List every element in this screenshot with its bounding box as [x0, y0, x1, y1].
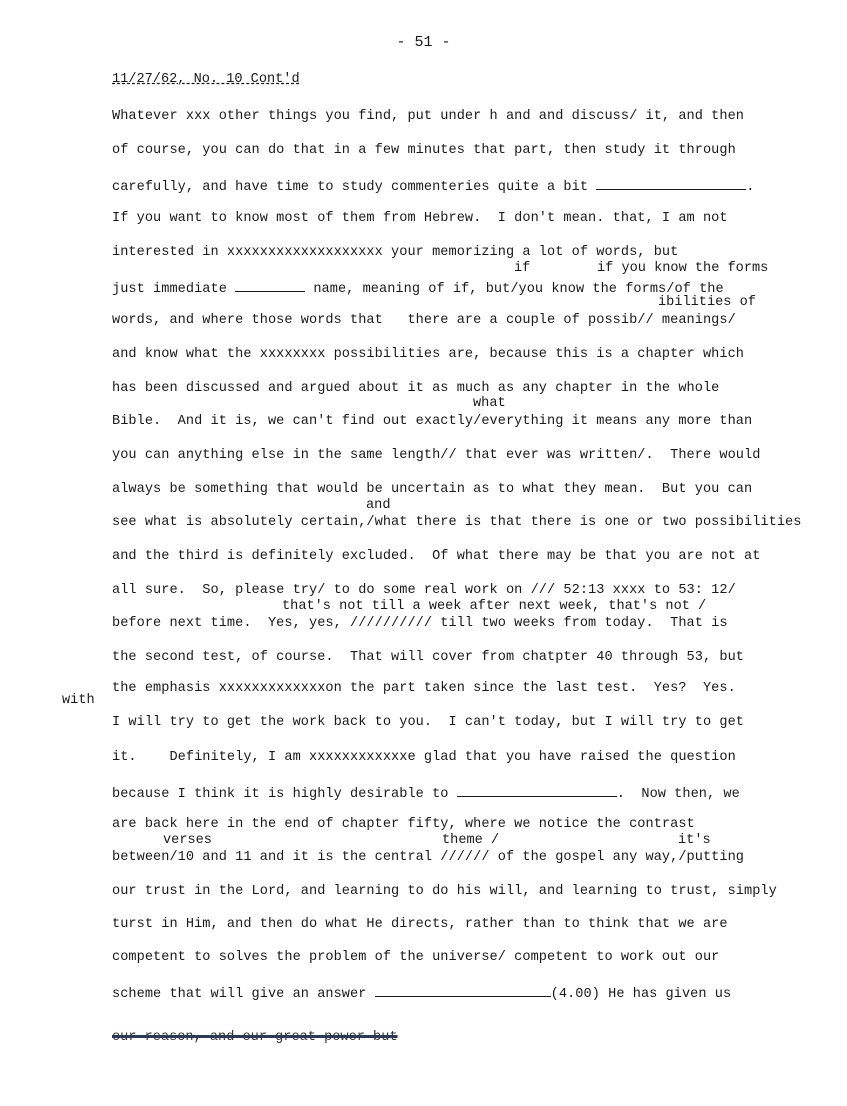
text-line: our trust in the Lord, and learning to d…	[112, 884, 777, 900]
text-line: carefully, and have time to study commen…	[112, 177, 754, 196]
text-line: and know what the xxxxxxxx possibilities…	[112, 347, 744, 363]
blank-fill-line	[375, 984, 551, 997]
blank-fill-line	[596, 177, 746, 190]
text-line: has been discussed and argued about it a…	[112, 381, 719, 397]
line-text: has been discussed and argued about it a…	[112, 381, 719, 396]
text-line: it. Definitely, I am xxxxxxxxxxxxe glad …	[112, 750, 736, 766]
line-text: because I think it is highly desirable t…	[112, 787, 449, 802]
line-text: interested in xxxxxxxxxxxxxxxxxxx your m…	[112, 245, 678, 260]
line-text: always be something that would be uncert…	[112, 482, 752, 497]
line-text: I will try to get the work back to you. …	[112, 715, 744, 730]
line-text: scheme that will give an answer	[112, 987, 366, 1002]
blank-fill-line	[235, 279, 305, 292]
document-page: - 51 - 11/27/62, No. 10 Cont'd with What…	[0, 0, 847, 1106]
line-text: carefully, and have time to study commen…	[112, 180, 588, 195]
text-line: and the third is definitely excluded. Of…	[112, 549, 760, 565]
text-line: of course, you can do that in a few minu…	[112, 143, 736, 159]
text-line: the emphasis xxxxxxxxxxxxxon the part ta…	[112, 681, 736, 697]
line-text: turst in Him, and then do what He direct…	[112, 917, 728, 932]
line-text-tail: (4.00) He has given us	[551, 987, 732, 1002]
text-line: before next time. Yes, yes, ////////// t…	[112, 616, 728, 632]
text-line: always be something that would be uncert…	[112, 482, 752, 498]
line-text: Whatever xxx other things you find, put …	[112, 109, 744, 124]
struck-out-line: our reason, and our great power but	[112, 1030, 398, 1045]
line-text: the emphasis xxxxxxxxxxxxxon the part ta…	[112, 681, 736, 696]
line-text: words, and where those words that there …	[112, 313, 736, 328]
margin-note: with	[62, 693, 95, 708]
text-line: just immediate name, meaning of if, but/…	[112, 279, 724, 298]
line-text: are back here in the end of chapter fift…	[112, 817, 695, 832]
line-text: between/10 and 11 and it is the central …	[112, 850, 744, 865]
text-line: because I think it is highly desirable t…	[112, 784, 740, 803]
line-text: If you want to know most of them from He…	[112, 211, 728, 226]
blank-fill-line	[457, 784, 617, 797]
line-text: all sure. So, please try/ to do some rea…	[112, 583, 736, 598]
text-line: are back here in the end of chapter fift…	[112, 817, 695, 833]
text-line: If you want to know most of them from He…	[112, 211, 728, 227]
line-text: see what is absolutely certain,/what the…	[112, 515, 801, 530]
text-line: all sure. So, please try/ to do some rea…	[112, 583, 736, 599]
line-text: it. Definitely, I am xxxxxxxxxxxxe glad …	[112, 750, 736, 765]
line-text-tail: .	[746, 180, 754, 195]
interlinear-insertion: and	[366, 498, 390, 514]
line-text: of course, you can do that in a few minu…	[112, 143, 736, 158]
line-text: before next time. Yes, yes, ////////// t…	[112, 616, 728, 631]
text-line: interested in xxxxxxxxxxxxxxxxxxx your m…	[112, 245, 678, 261]
line-text: you can anything else in the same length…	[112, 448, 760, 463]
interlinear-insertion: what	[473, 396, 506, 412]
document-header: 11/27/62, No. 10 Cont'd	[112, 72, 300, 87]
interlinear-insertion: ibilities of	[658, 295, 756, 311]
page-number: - 51 -	[0, 34, 847, 51]
text-line: turst in Him, and then do what He direct…	[112, 917, 728, 933]
interlinear-insertion: it's	[678, 833, 711, 849]
text-line: competent to solves the problem of the u…	[112, 950, 719, 966]
line-text: Bible. And it is, we can't find out exac…	[112, 414, 752, 429]
line-text-tail: . Now then, we	[617, 787, 740, 802]
text-line: I will try to get the work back to you. …	[112, 715, 744, 731]
line-text: our trust in the Lord, and learning to d…	[112, 884, 777, 899]
interlinear-insertion: verses	[163, 833, 212, 849]
text-line: between/10 and 11 and it is the central …	[112, 850, 744, 866]
text-line: Whatever xxx other things you find, put …	[112, 109, 744, 125]
text-line: Bible. And it is, we can't find out exac…	[112, 414, 752, 430]
text-line: you can anything else in the same length…	[112, 448, 760, 464]
interlinear-insertion: if you know the forms	[597, 261, 768, 277]
line-text: just immediate	[112, 282, 227, 297]
text-line: the second test, of course. That will co…	[112, 650, 744, 666]
interlinear-insertion: if	[514, 261, 530, 277]
text-line: see what is absolutely certain,/what the…	[112, 515, 801, 531]
line-text: and the third is definitely excluded. Of…	[112, 549, 760, 564]
interlinear-insertion: theme /	[442, 833, 499, 849]
interlinear-insertion: that's not till a week after next week, …	[282, 599, 706, 615]
line-text: and know what the xxxxxxxx possibilities…	[112, 347, 744, 362]
text-line: scheme that will give an answer (4.00) H…	[112, 984, 731, 1003]
line-text: the second test, of course. That will co…	[112, 650, 744, 665]
line-text: competent to solves the problem of the u…	[112, 950, 719, 965]
text-line: words, and where those words that there …	[112, 313, 736, 329]
